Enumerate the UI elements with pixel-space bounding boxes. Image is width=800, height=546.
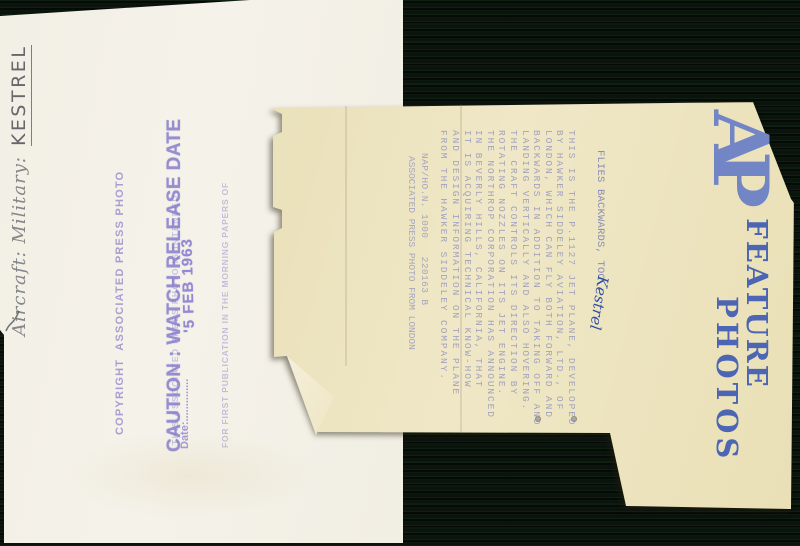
caption-line: BY HAWKER SIDDELEY AVIATION, LTD., OF [554,130,566,432]
caption-line: FROM THE HAWKER SIDDELEY COMPANY. [438,130,450,432]
caption-credit-line: ASSOCIATED PRESS PHOTO FROM LONDON [406,156,417,432]
caption-line: AND DESIGN INFORMATION ON THE PLANE [449,130,461,432]
typed-caption: FLIES BACKWARDS, TOO : THIS IS THE P.112… [396,118,612,432]
paper-crease [345,106,347,366]
caption-line: LANDING VERTICALLY AND ALSO HOVERING. [519,130,531,432]
letterhead-title: FEATURE PHOTOS [712,218,772,462]
date-stamp: '5 FEB 1963 [178,228,205,333]
date-label: Date:.............. [179,349,195,449]
release-stamp: THIS ASSOCIATED PRESS PHOTO IS INTENDED … [134,170,160,448]
caption-line: THE CRAFT CONTROLS ITS DIRECTION BY [507,130,519,432]
copyright-stamp: COPYRIGHT ASSOCIATED PRESS PHOTO CAUTION… [78,178,124,452]
stamp-copyright-line: COPYRIGHT ASSOCIATED PRESS PHOTO [114,178,126,435]
ap-letterhead: AP FEATURE PHOTOS [693,110,780,466]
pencil-annotation: Aircraft: Military:KESTREL [8,18,46,336]
caption-line: ROTATING NOZZLES ON ITS JET ENGINE. [496,130,508,432]
caption-line: THIS IS THE P.1127 JET PLANE, DEVELOPED [565,130,577,432]
caption-line: THE NORTHROP CORPORATION HAS ANNOUNCED [484,130,496,432]
ap-logo-icon: AP [700,110,780,208]
caption-line: BACKWARDS IN ADDITION TO TAKING OFF AND [531,130,543,432]
ap-logo-letter-p: P [696,151,785,208]
caption-line: LONDON, WHICH CAN FLY BOTH FORWARD AND [542,130,554,432]
caption-line: IN BEVERLY HILLS, CALIFORNIA, THAT [473,130,485,432]
archive-photo-scan: Aircraft: Military:KESTREL COPYRIGHT ASS… [0,0,800,546]
stamp-release-line-2: FOR FIRST PUBLICATION IN THE MORNING PAP… [220,170,230,448]
caption-reference-number: NAP/HO.N. 1000 220163 B [419,153,430,432]
ink-annotation: Kestrel [578,276,608,336]
pencil-mark [3,308,23,334]
handwritten-subject: KESTREL [8,45,32,146]
caption-line: IT IS ACQUIRING TECHNICAL KNOW-HOW [461,130,473,432]
letterhead-line-photos: PHOTOS [712,296,742,462]
letterhead-line-feature: FEATURE [742,218,772,462]
